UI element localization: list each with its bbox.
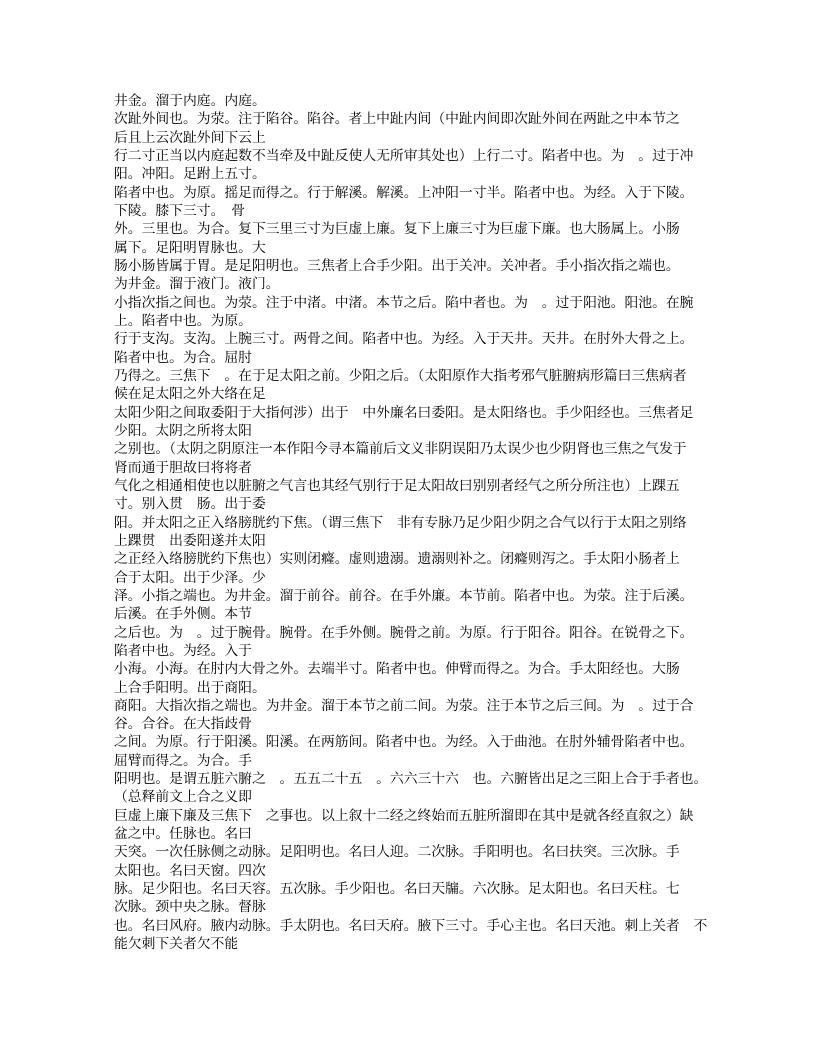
text-line: 下陵。膝下三寸。 骨 (114, 202, 714, 220)
text-line: 谷。合谷。在大指歧骨 (114, 715, 714, 733)
text-line: 之正经入络膀胱约下焦也）实则闭癃。虚则遗溺。遗溺则补之。闭癃则泻之。手太阳小肠者… (114, 550, 714, 568)
text-line: 阳。并太阳之正入络膀胱约下焦。（谓三焦下 非有专脉乃足少阳少阴之合气以行于太阳之… (114, 514, 714, 532)
text-line: 陷者中也。为原。摇足而得之。行于解溪。解溪。上冲阳一寸半。陷者中也。为经。入于下… (114, 184, 714, 202)
text-line: 天突。一次任脉侧之动脉。足阳明也。名曰人迎。二次脉。手阳明也。名曰扶突。三次脉。… (114, 843, 714, 861)
text-line: 小海。小海。在肘内大骨之外。去端半寸。陷者中也。伸臂而得之。为合。手太阳经也。大… (114, 660, 714, 678)
text-line: 后溪。在手外侧。本节 (114, 605, 714, 623)
text-line: 盆之中。任脉也。名曰 (114, 825, 714, 843)
text-line: 外。三里也。为合。复下三里三寸为巨虚上廉。复下上廉三寸为巨虚下廉。也大肠属上。小… (114, 220, 714, 238)
text-line: 行二寸正当以内庭起数不当牵及中趾反使人无所审其处也）上行二寸。陷者中也。为 。过… (114, 147, 714, 165)
text-line: 太阳少阳之间取委阳于大指何涉）出于 中外廉名曰委阳。是太阳络也。手少阳经也。三焦… (114, 404, 714, 422)
text-line: 候在足太阳之外大络在足 (114, 385, 714, 403)
text-line: 肾而通于胆故曰将将者 (114, 459, 714, 477)
text-line: 属下。足阳明胃脉也。大 (114, 239, 714, 257)
text-line: 井金。溜于内庭。内庭。 (114, 92, 714, 110)
text-line: 合于太阳。出于少泽。少 (114, 569, 714, 587)
text-line: 气化之相通相使也以脏腑之气言也其经气别行于足太阳故曰别别者经气之所分所注也）上踝… (114, 477, 714, 495)
text-block: 井金。溜于内庭。内庭。 次趾外间也。为荥。注于陷谷。陷谷。者上中趾内间（中趾内间… (114, 92, 714, 953)
text-line: 脉。足少阳也。名曰天容。五次脉。手少阳也。名曰天牖。六次脉。足太阳也。名曰天柱。… (114, 880, 714, 898)
text-line: 泽。小指之端也。为井金。溜于前谷。前谷。在手外廉。本节前。陷者中也。为荥。注于后… (114, 587, 714, 605)
text-line: 之间。为原。行于阳溪。阳溪。在两筋间。陷者中也。为经。入于曲池。在肘外辅骨陷者中… (114, 733, 714, 751)
text-line: 上踝贯 出委阳遂并太阳 (114, 532, 714, 550)
text-line: 之后也。为 。过于腕骨。腕骨。在手外侧。腕骨之前。为原。行于阳谷。阳谷。在锐骨之… (114, 624, 714, 642)
text-line: 太阳也。名曰天窗。四次 (114, 862, 714, 880)
text-line: 也。名曰风府。腋内动脉。手太阴也。名曰天府。腋下三寸。手心主也。名曰天池。刺上关… (114, 917, 714, 935)
text-line: 阳明也。是谓五脏六腑之 。五五二十五 。六六三十六 也。六腑皆出足之三阳上合于手… (114, 770, 714, 788)
text-line: 次趾外间也。为荥。注于陷谷。陷谷。者上中趾内间（中趾内间即次趾外间在两趾之中本节… (114, 110, 714, 128)
text-line: 屈臂而得之。为合。手 (114, 752, 714, 770)
text-line: 上。陷者中也。为原。 (114, 312, 714, 330)
text-line: 之别也。（太阴之阴原注一本作阳今寻本篇前后文义非阴误阳乃太误少也少阴肾也三焦之气… (114, 440, 714, 458)
text-line: 肠小肠皆属于胃。是足阳明也。三焦者上合手少阳。出于关冲。关冲者。手小指次指之端也… (114, 257, 714, 275)
text-line: 小指次指之间也。为荥。注于中渚。中渚。本节之后。陷中者也。为 。过于阳池。阳池。… (114, 294, 714, 312)
text-line: 阳。冲阳。足跗上五寸。 (114, 165, 714, 183)
text-line: 商阳。大指次指之端也。为井金。溜于本节之前二间。为荥。注于本节之后三间。为 。过… (114, 697, 714, 715)
text-line: 寸。别入贯 肠。出于委 (114, 495, 714, 513)
text-line: 陷者中也。为经。入于 (114, 642, 714, 660)
text-line: 后且上云次趾外间下云上 (114, 129, 714, 147)
text-line: 能欠刺下关者欠不能 (114, 935, 714, 953)
document-page: 井金。溜于内庭。内庭。 次趾外间也。为荥。注于陷谷。陷谷。者上中趾内间（中趾内间… (0, 0, 816, 1056)
text-line: 陷者中也。为合。屈肘 (114, 349, 714, 367)
text-line: （总释前文上合之义即 (114, 788, 714, 806)
text-line: 巨虚上廉下廉及三焦下 之事也。以上叙十二经之终始而五脏所溜即在其中是就各经直叙之… (114, 807, 714, 825)
text-line: 为井金。溜于液门。液门。 (114, 275, 714, 293)
text-line: 次脉。颈中央之脉。督脉 (114, 898, 714, 916)
text-line: 乃得之。三焦下 。在于足太阳之前。少阳之后。（太阳原作大指考邪气脏腑病形篇曰三焦… (114, 367, 714, 385)
text-line: 行于支沟。支沟。上腕三寸。两骨之间。陷者中也。为经。入于天井。天井。在肘外大骨之… (114, 330, 714, 348)
text-line: 少阳。太阴之所将太阳 (114, 422, 714, 440)
text-line: 上合手阳明。出于商阳。 (114, 679, 714, 697)
